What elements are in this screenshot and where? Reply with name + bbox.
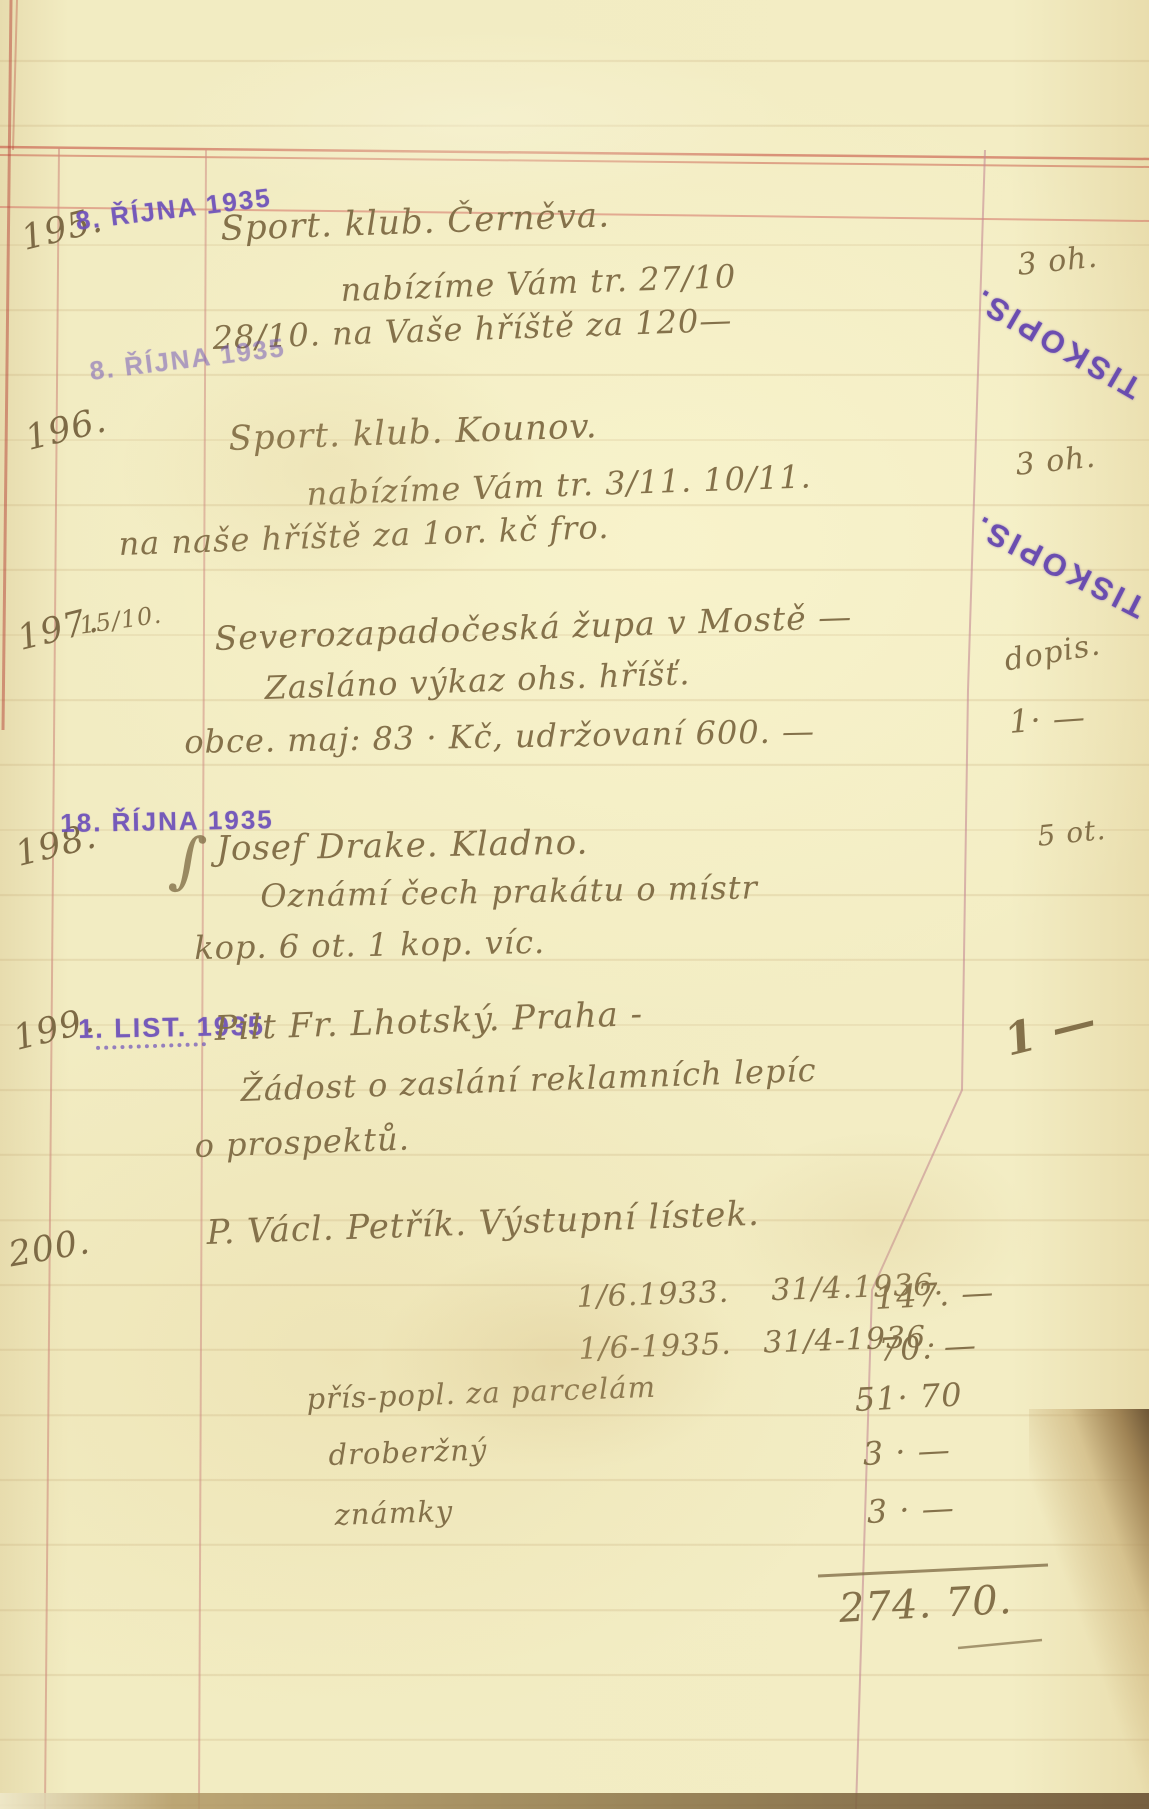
entry-196-line-1: Sport. klub. Kounov. (228, 409, 598, 458)
page-corner-shadow (1029, 1409, 1149, 1809)
entry-198-line-1: Josef Drake. Kladno. (216, 826, 589, 868)
entry-199-line-3: o prospektů. (194, 1122, 410, 1163)
entry-200-amount-5: 3 · — (866, 1491, 956, 1529)
entry-195-side-note: 3 oh. (1016, 242, 1099, 282)
entry-196-date-stamp: 8. ŘÍJNA 1935 (88, 332, 287, 387)
entry-196-line-2: nabízíme Vám tr. 3/11. 10/11. (306, 460, 812, 511)
entry-200-amount-2: 70. — (878, 1329, 978, 1368)
entry-198-line-2: Oznámí čech prakátu o místr (260, 871, 758, 913)
ledger-page: 195. 8. ŘÍJNA 1935 Sport. klub. Černěva.… (0, 0, 1149, 1809)
tiskopis-stamp-1: TISKOPIS. (966, 280, 1148, 406)
entry-195-line-3: 28/10. na Vaše hříště za 120— (212, 304, 733, 356)
entry-200-line-1: P. Václ. Petřík. Výstupní lístek. (206, 1197, 760, 1252)
entry-197-line-1: Severozapadočeská župa v Mostě — (214, 600, 853, 657)
entry-198-line-3: kop. 6 ot. 1 kop. víc. (194, 926, 545, 966)
entry-200-amount-4: 3 · — (862, 1433, 952, 1471)
entry-198-side-note: 5 ot. (1036, 815, 1107, 851)
entry-200-item-label-2: známky (334, 1496, 454, 1531)
entry-196-line-3: na naše hříště za 1or. kč fro. (118, 511, 610, 562)
tiskopis-stamp-2: TISKOPIS. (966, 507, 1149, 625)
entry-200-number: 200. (6, 1224, 93, 1274)
entry-196-side-note: 3 oh. (1014, 442, 1097, 482)
entry-200-item-label-1: droberžný (328, 1434, 488, 1470)
entry-200-total-amount: 274. 70. (838, 1579, 1013, 1630)
entry-196-number: 196. (22, 402, 110, 457)
entry-199-line-1: Pilt Fr. Lhotský. Praha - (214, 997, 644, 1048)
entry-195-line-1: Sport. klub. Černěva. (220, 198, 611, 247)
entry-197-side-amount: 1· — (1008, 701, 1087, 740)
page-bottom-edge (0, 1793, 1149, 1809)
entry-195-line-2: nabízíme Vám tr. 27/10 (340, 260, 737, 307)
entry-200-amount-3: 51· 70 (854, 1378, 963, 1417)
entry-199-line-2: Žádost o zaslání reklamních lepíc (240, 1054, 817, 1108)
entry-199-side-amount: 1 — (1000, 998, 1101, 1065)
entry-197-line-2: Zasláno výkaz ohs. hříšť. (264, 657, 691, 705)
entry-197-side-note: dopis. (1002, 629, 1103, 677)
entry-197-line-3: obce. maj: 83 · Kč, udržovaní 600. — (184, 715, 815, 760)
entry-200-amount-1: 147. — (874, 1276, 995, 1316)
entry-200-fee-label: přís-popl. za parcelám (306, 1372, 657, 1415)
